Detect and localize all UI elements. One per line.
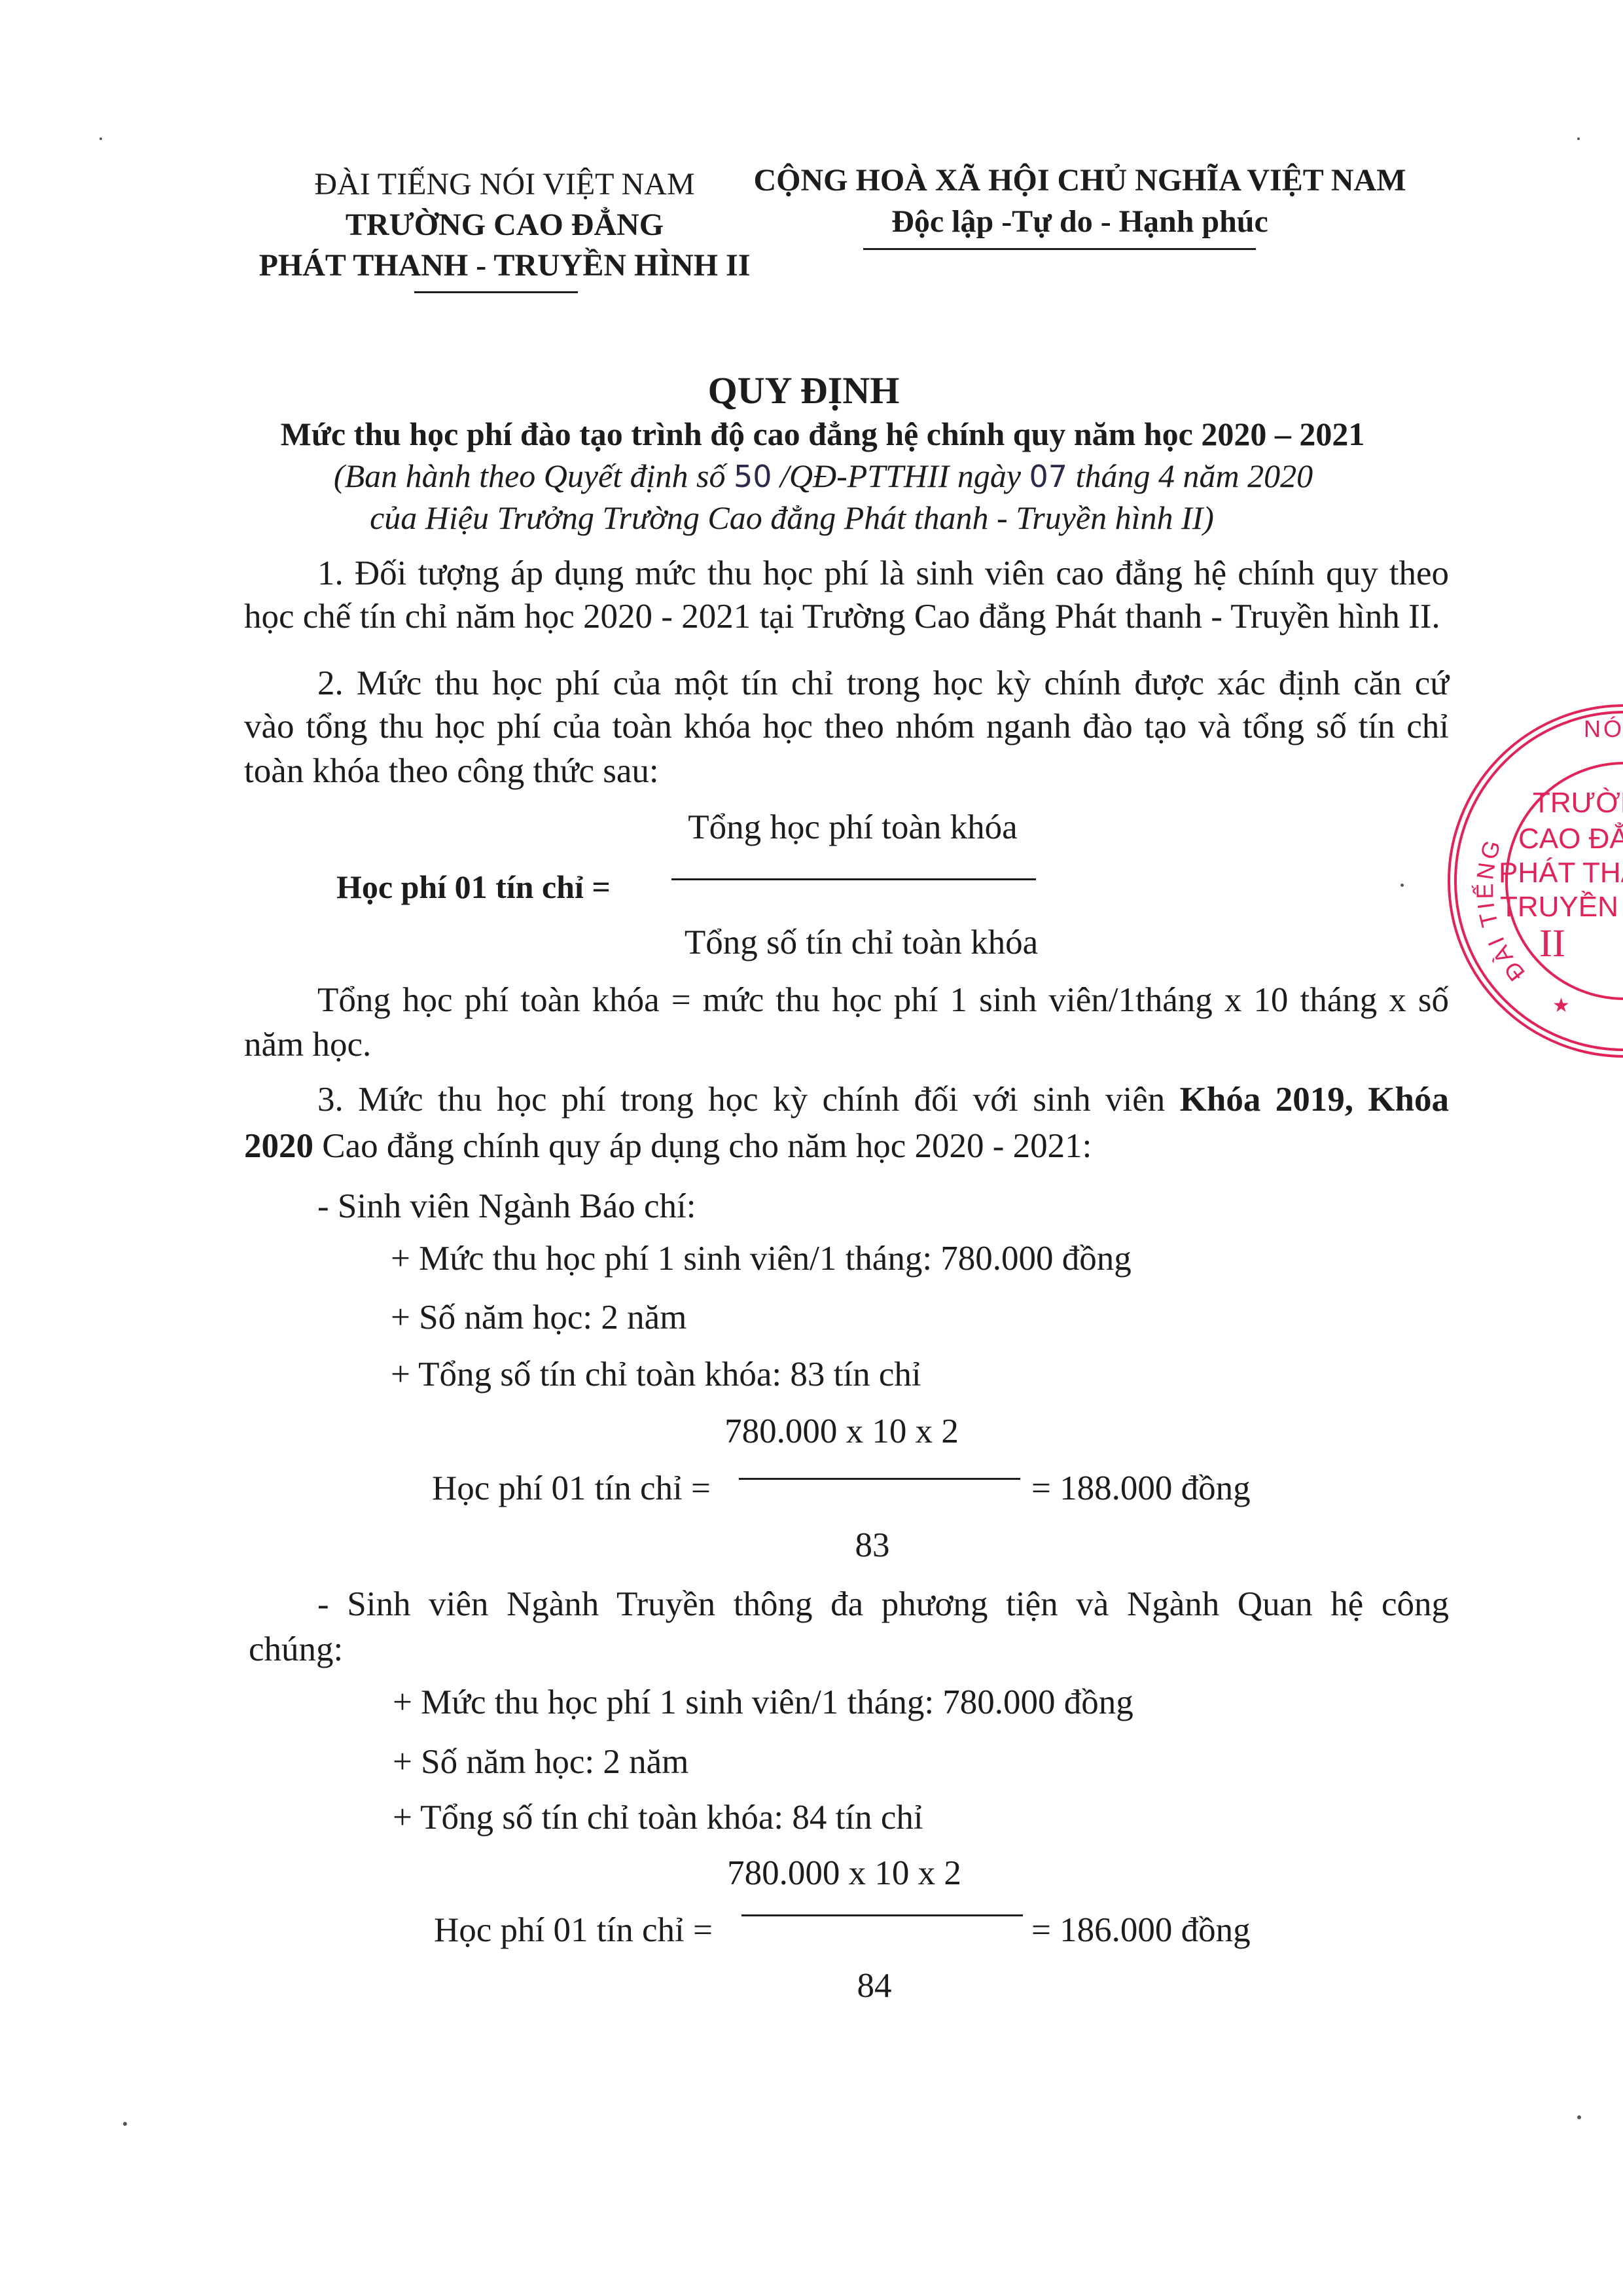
issuance-prefix: (Ban hành theo Quyết định số	[334, 457, 726, 494]
group-item-credits: + Tổng số tín chỉ toàn khóa: 83 tín chỉ	[391, 1357, 921, 1392]
group-item-years: + Số năm học: 2 năm	[391, 1300, 687, 1335]
formula-fraction-bar	[671, 878, 1036, 880]
section-2-line3: toàn khóa theo công thức sau:	[244, 754, 659, 789]
header-right-underline	[863, 248, 1256, 250]
handwritten-day: 07	[1029, 459, 1068, 494]
scan-speck	[123, 2122, 127, 2126]
calc-fraction-bar	[741, 1914, 1023, 1916]
country-name: CỘNG HOÀ XÃ HỘI CHỦ NGHĨA VIỆT NAM	[754, 165, 1406, 196]
calc-fraction-bar	[739, 1478, 1020, 1480]
scan-speck	[1577, 137, 1580, 140]
group-item-monthly-fee: + Mức thu học phí 1 sinh viên/1 tháng: 7…	[391, 1242, 1132, 1276]
section-2-line1: 2. Mức thu học phí của một tín chỉ trong…	[317, 666, 1449, 701]
calc-label: Học phí 01 tín chỉ =	[434, 1913, 713, 1948]
school-name-line1: TRƯỜNG CAO ĐẲNG	[346, 209, 664, 241]
stamp-line-2: CAO ĐẲNG	[1518, 821, 1623, 855]
scan-speck	[1400, 884, 1404, 887]
issuance-line2: của Hiệu Trưởng Trường Cao đẳng Phát tha…	[370, 501, 1214, 534]
agency-name: ĐÀI TIẾNG NÓI VIỆT NAM	[314, 169, 694, 200]
group-item-credits: + Tổng số tín chỉ toàn khóa: 84 tín chỉ	[393, 1801, 923, 1835]
official-red-stamp: ĐÀI TIẾNG NÓI TRƯỜNG CAO ĐẲNG PHÁT THANH…	[1441, 698, 1623, 1064]
formula-denominator: Tổng số tín chỉ toàn khóa	[685, 925, 1038, 960]
handwritten-decision-number: 50	[734, 459, 772, 494]
group-heading-line1: - Sinh viên Ngành Truyền thông đa phương…	[317, 1587, 1449, 1622]
calc-denominator: 83	[855, 1528, 890, 1563]
group-item-years: + Số năm học: 2 năm	[393, 1745, 688, 1780]
section-3-cohort-2020: 2020	[244, 1127, 313, 1165]
stamp-line-3: PHÁT THANH	[1499, 857, 1623, 889]
group-item-monthly-fee: + Mức thu học phí 1 sinh viên/1 tháng: 7…	[393, 1685, 1133, 1720]
total-fee-definition-line2: năm học.	[244, 1028, 371, 1062]
document-title: QUY ĐỊNH	[708, 372, 900, 410]
stamp-line-4: TRUYỀN HÌNH	[1500, 890, 1623, 923]
formula-numerator: Tổng học phí toàn khóa	[688, 810, 1017, 845]
school-name-line2: PHÁT THANH - TRUYỀN HÌNH II	[259, 250, 751, 281]
stamp-seal-icon: ĐÀI TIẾNG NÓI TRƯỜNG CAO ĐẲNG PHÁT THANH…	[1441, 698, 1623, 1064]
group-heading: - Sinh viên Ngành Báo chí:	[317, 1189, 696, 1224]
calc-result: = 188.000 đồng	[1031, 1471, 1251, 1506]
total-fee-definition-line1: Tổng học phí toàn khóa = mức thu học phí…	[317, 983, 1449, 1018]
calc-denominator: 84	[857, 1969, 892, 2003]
calc-result: = 186.000 đồng	[1031, 1913, 1251, 1948]
stamp-ring-top: NÓI	[1584, 715, 1623, 742]
calc-label: Học phí 01 tín chỉ =	[432, 1471, 711, 1506]
section-1-line2: học chế tín chỉ năm học 2020 - 2021 tại …	[244, 600, 1440, 634]
stamp-line-5: II	[1539, 922, 1565, 965]
section-3-cohorts: Khóa 2019, Khóa	[1180, 1081, 1449, 1119]
calc-numerator: 780.000 x 10 x 2	[727, 1856, 961, 1891]
scan-speck	[99, 137, 102, 140]
section-3-line1-text: 3. Mức thu học phí trong học kỳ chính đố…	[317, 1081, 1165, 1119]
stamp-line-1: TRƯỜNG	[1533, 787, 1623, 819]
scan-speck	[1577, 2115, 1581, 2119]
section-3-line2: 2020 Cao đẳng chính quy áp dụng cho năm …	[244, 1129, 1092, 1164]
section-2-line2: vào tổng thu học phí của toàn khóa học t…	[244, 709, 1449, 744]
national-motto: Độc lập -Tự do - Hạnh phúc	[891, 206, 1268, 238]
document-subtitle: Mức thu học phí đào tạo trình độ cao đẳn…	[281, 418, 1365, 450]
group-heading-line2: chúng:	[249, 1632, 343, 1667]
issuance-line1: (Ban hành theo Quyết định số 50 /QĐ-PTTH…	[334, 459, 1313, 492]
section-3-line1: 3. Mức thu học phí trong học kỳ chính đố…	[317, 1083, 1449, 1117]
issuance-middle: /QĐ-PTTHII ngày	[780, 457, 1021, 494]
calc-numerator: 780.000 x 10 x 2	[724, 1414, 959, 1449]
issuance-suffix: tháng 4 năm 2020	[1076, 457, 1313, 494]
section-1-line1: 1. Đối tượng áp dụng mức thu học phí là …	[317, 556, 1449, 591]
stamp-star: ★	[1552, 995, 1570, 1016]
header-left-underline	[414, 291, 578, 293]
section-3-line2-text: Cao đẳng chính quy áp dụng cho năm học 2…	[322, 1127, 1092, 1165]
formula-label: Học phí 01 tín chỉ =	[336, 870, 611, 903]
